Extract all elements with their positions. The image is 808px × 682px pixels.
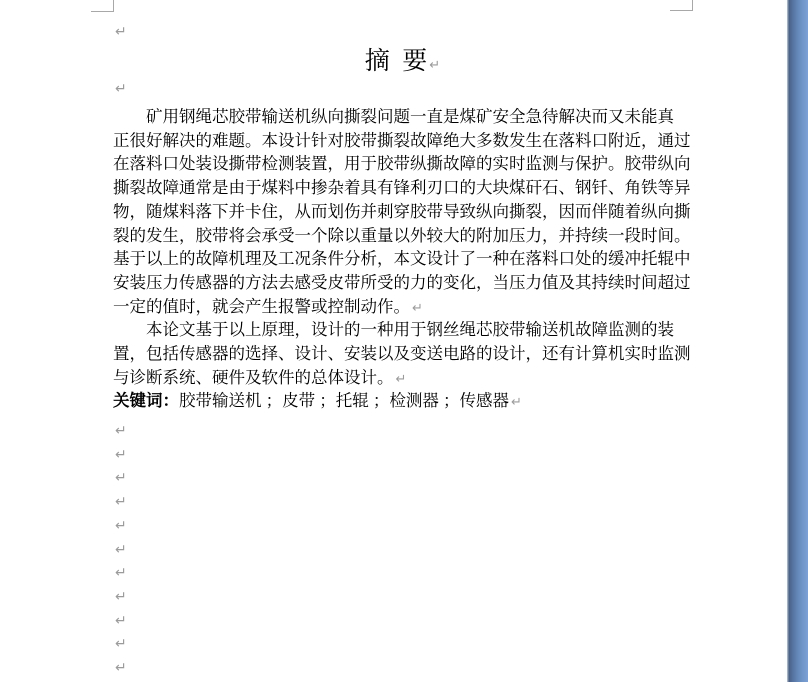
paragraph-mark-icon: ↵ xyxy=(429,58,440,73)
text-line: 一定的值时，就会产生报警或控制动作。↵ xyxy=(113,295,713,319)
text-line: 撕裂故障通常是由于煤料中掺杂着具有锋利刃口的大块煤矸石、钢钎、角铁等异 xyxy=(113,176,713,200)
title-text: 摘 要 xyxy=(365,48,428,75)
keywords-label: 关键词： xyxy=(113,391,179,410)
document-page[interactable]: ↵ 摘 要↵ ↵ 矿用钢绳芯胶带输送机纵向撕裂问题一直是煤矿安全急待解决而又未能… xyxy=(0,0,787,682)
text-run: 胶带输送机 ；皮带 ；托辊 ；检测器 ；传感器 xyxy=(179,391,509,410)
text-run: 安装压力传感器的方法去感受皮带所受的力的变化，当压力值及其持续时间超过 xyxy=(113,273,691,292)
text-line: 与诊断系统、硬件及软件的总体设计。↵ xyxy=(113,366,713,390)
paragraph-mark-icon: ↵ xyxy=(115,25,127,39)
text-line: 关键词：胶带输送机 ；皮带 ；托辊 ；检测器 ；传感器↵ xyxy=(113,389,713,413)
text-run: 一定的值时，就会产生报警或控制动作。 xyxy=(113,297,410,316)
window-right-edge xyxy=(787,0,808,682)
paragraph-mark-icon: ↵ xyxy=(115,566,127,580)
text-boundary-mark-top-right-v xyxy=(692,0,693,10)
text-run: 正很好解决的难题。本设计针对胶带撕裂故障绝大多数发生在落料口附近，通过 xyxy=(113,131,691,150)
paragraph-mark-icon: ↵ xyxy=(115,424,127,438)
text-run: 在落料口处装设撕带检测装置，用于胶带纵撕故障的实时监测与保护。胶带纵向 xyxy=(113,154,691,173)
text-run: 矿用钢绳芯胶带输送机纵向撕裂问题一直是煤矿安全急待解决而又未能真 xyxy=(146,107,674,126)
text-run: 物，随煤料落下并卡住，从而划伤并刺穿胶带导致纵向撕裂，因而伴随着纵向撕 xyxy=(113,202,691,221)
paragraph-mark-icon: ↵ xyxy=(115,637,127,651)
paragraph-mark-icon: ↵ xyxy=(511,395,522,410)
text-line: 置，包括传感器的选择、设计、安装以及变送电路的设计，还有计算机实时监测 xyxy=(113,342,713,366)
text-boundary-mark-top-left-v xyxy=(113,0,114,11)
paragraph-mark-icon: ↵ xyxy=(115,495,127,509)
text-line: 在落料口处装设撕带检测装置，用于胶带纵撕故障的实时监测与保护。胶带纵向 xyxy=(113,152,713,176)
paragraph-mark-icon: ↵ xyxy=(115,543,127,557)
text-line: 安装压力传感器的方法去感受皮带所受的力的变化，当压力值及其持续时间超过 xyxy=(113,271,713,295)
text-line: 正很好解决的难题。本设计针对胶带撕裂故障绝大多数发生在落料口附近，通过 xyxy=(113,129,713,153)
text-run: 裂的发生，胶带将会承受一个除以重量以外较大的附加压力，并持续一段时间。 xyxy=(113,226,691,245)
text-run: 与诊断系统、硬件及软件的总体设计。 xyxy=(113,368,394,387)
paragraph-mark-icon: ↵ xyxy=(115,448,127,462)
text-line: 矿用钢绳芯胶带输送机纵向撕裂问题一直是煤矿安全急待解决而又未能真 xyxy=(113,105,746,129)
paragraph-mark-icon: ↵ xyxy=(115,590,127,604)
paragraph-mark-icon: ↵ xyxy=(115,82,127,96)
text-boundary-mark-top-right-h xyxy=(670,10,693,11)
paragraph-mark-icon: ↵ xyxy=(412,301,423,316)
text-run: 撕裂故障通常是由于煤料中掺杂着具有锋利刃口的大块煤矸石、钢钎、角铁等异 xyxy=(113,178,691,197)
text-run: 本论文基于以上原理，设计的一种用于钢丝绳芯胶带输送机故障监测的装 xyxy=(146,320,674,339)
text-line: 本论文基于以上原理，设计的一种用于钢丝绳芯胶带输送机故障监测的装 xyxy=(113,318,746,342)
paragraph-mark-icon: ↵ xyxy=(115,519,127,533)
paragraph-mark-icon: ↵ xyxy=(396,372,407,387)
text-run: 置，包括传感器的选择、设计、安装以及变送电路的设计，还有计算机实时监测 xyxy=(113,344,691,363)
paragraph-mark-icon: ↵ xyxy=(115,471,127,485)
text-line: 物，随煤料落下并卡住，从而划伤并刺穿胶带导致纵向撕裂，因而伴随着纵向撕 xyxy=(113,200,713,224)
text-line: 裂的发生，胶带将会承受一个除以重量以外较大的附加压力，并持续一段时间。 xyxy=(113,224,713,248)
paragraph-mark-icon: ↵ xyxy=(115,661,127,675)
page-title: 摘 要↵ xyxy=(113,46,692,82)
paragraph-mark-icon: ↵ xyxy=(115,614,127,628)
text-line: 基于以上的故障机理及工况条件分析，本文设计了一种在落料口处的缓冲托辊中 xyxy=(113,247,713,271)
text-boundary-mark-top-left-h xyxy=(91,11,114,12)
text-run: 基于以上的故障机理及工况条件分析，本文设计了一种在落料口处的缓冲托辊中 xyxy=(113,249,691,268)
